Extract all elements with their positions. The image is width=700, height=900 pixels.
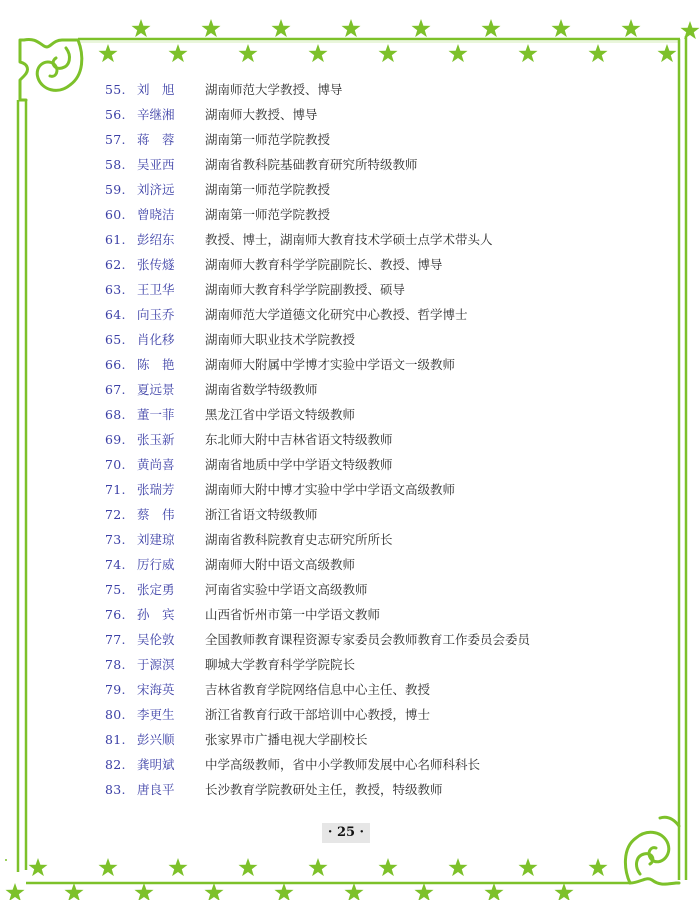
entry-description: 黑龙江省中学语文特级教师: [205, 402, 355, 427]
entry-name: 向玉乔: [137, 302, 205, 327]
list-item: 56.辛继湘湖南师大教授、博导: [105, 102, 665, 127]
entry-description: 湖南师大教授、博导: [205, 102, 318, 127]
list-item: 61.彭绍东教授、博士，湖南师大教育技术学硕士点学术带头人: [105, 227, 665, 252]
bottom-border: [6, 858, 631, 900]
entry-number: 72.: [105, 502, 137, 527]
entry-description: 湖南师大职业技术学院教授: [205, 327, 355, 352]
entry-description: 长沙教育学院教研处主任，教授，特级教师: [205, 777, 443, 802]
entry-number: 68.: [105, 402, 137, 427]
entry-description: 湖南省数学特级教师: [205, 377, 318, 402]
star-icon: [132, 19, 700, 39]
entry-number: 59.: [105, 177, 137, 202]
entry-name: 孙 宾: [137, 602, 205, 627]
entry-name: 厉行威: [137, 552, 205, 577]
entry-number: 78.: [105, 652, 137, 677]
entry-number: 55.: [105, 77, 137, 102]
entry-description: 湖南省地质中学中学语文特级教师: [205, 452, 393, 477]
entry-number: 63.: [105, 277, 137, 302]
entry-description: 湖南省教科院教育史志研究所所长: [205, 527, 393, 552]
list-item: 83.唐良平长沙教育学院教研处主任，教授，特级教师: [105, 777, 665, 802]
list-item: 60.曾晓洁湖南第一师范学院教授: [105, 202, 665, 227]
entry-description: 湖南师大附中博才实验中学中学语文高级教师: [205, 477, 455, 502]
entry-name: 张瑞芳: [137, 477, 205, 502]
entry-number: 60.: [105, 202, 137, 227]
entry-description: 湖南省教科院基础教育研究所特级教师: [205, 152, 418, 177]
entry-name: 董一菲: [137, 402, 205, 427]
scroll-ornament-icon: [625, 817, 679, 884]
list-item: 58.吴亚西湖南省教科院基础教育研究所特级教师: [105, 152, 665, 177]
entry-name: 彭兴顺: [137, 727, 205, 752]
list-item: 78.于源溟聊城大学教育科学学院院长: [105, 652, 665, 677]
entry-name: 龚明斌: [137, 752, 205, 777]
entry-number: 57.: [105, 127, 137, 152]
list-item: 75.张定勇河南省实验中学语文高级教师: [105, 577, 665, 602]
entry-description: 吉林省教育学院网络信息中心主任、教授: [205, 677, 430, 702]
list-item: 69.张玉新东北师大附中吉林省语文特级教师: [105, 427, 665, 452]
star-icon: [99, 44, 677, 62]
list-item: 73.刘建琼湖南省教科院教育史志研究所所长: [105, 527, 665, 552]
entry-description: 河南省实验中学语文高级教师: [205, 577, 368, 602]
list-item: 80.李更生浙江省教育行政干部培训中心教授，博士: [105, 702, 665, 727]
list-item: 64.向玉乔湖南师范大学道德文化研究中心教授、哲学博士: [105, 302, 665, 327]
entry-name: 刘 旭: [137, 77, 205, 102]
entry-name: 吴亚西: [137, 152, 205, 177]
entry-name: 刘建琼: [137, 527, 205, 552]
entry-number: 61.: [105, 227, 137, 252]
entry-name: 刘济远: [137, 177, 205, 202]
entry-description: 湖南师大教育科学学院副教授、硕导: [205, 277, 405, 302]
entry-number: 77.: [105, 627, 137, 652]
entry-number: 67.: [105, 377, 137, 402]
entry-description: 聊城大学教育科学学院院长: [205, 652, 355, 677]
entry-number: 75.: [105, 577, 137, 602]
entry-number: 80.: [105, 702, 137, 727]
list-item: 67.夏远景湖南省数学特级教师: [105, 377, 665, 402]
entry-name: 张玉新: [137, 427, 205, 452]
entry-name: 蒋 蓉: [137, 127, 205, 152]
list-item: 62.张传燧湖南师大教育科学学院副院长、教授、博导: [105, 252, 665, 277]
entry-description: 湖南师大附中语文高级教师: [205, 552, 355, 577]
entry-number: 66.: [105, 352, 137, 377]
entry-description: 浙江省教育行政干部培训中心教授，博士: [205, 702, 430, 727]
entry-name: 宋海英: [137, 677, 205, 702]
top-border: [78, 19, 700, 62]
entry-description: 湖南师范大学道德文化研究中心教授、哲学博士: [205, 302, 468, 327]
list-item: 57.蒋 蓉湖南第一师范学院教授: [105, 127, 665, 152]
list-item: 76.孙 宾山西省忻州市第一中学语文教师: [105, 602, 665, 627]
entry-number: 71.: [105, 477, 137, 502]
entry-name: 张传燧: [137, 252, 205, 277]
entry-description: 教授、博士，湖南师大教育技术学硕士点学术带头人: [205, 227, 493, 252]
entry-description: 东北师大附中吉林省语文特级教师: [205, 427, 393, 452]
entry-name: 张定勇: [137, 577, 205, 602]
entry-description: 中学高级教师，省中小学教师发展中心名师科科长: [205, 752, 480, 777]
star-icon: [6, 883, 574, 900]
list-item: 55.刘 旭湖南师范大学教授、博导: [105, 77, 665, 102]
list-item: 59.刘济远湖南第一师范学院教授: [105, 177, 665, 202]
list-item: 66.陈 艳湖南师大附属中学博才实验中学语文一级教师: [105, 352, 665, 377]
entry-name: 陈 艳: [137, 352, 205, 377]
star-icon: [29, 858, 608, 876]
entry-number: 58.: [105, 152, 137, 177]
entry-number: 56.: [105, 102, 137, 127]
entry-number: 62.: [105, 252, 137, 277]
entry-description: 浙江省语文特级教师: [205, 502, 318, 527]
left-border: [18, 100, 26, 872]
list-item: 65.肖化移湖南师大职业技术学院教授: [105, 327, 665, 352]
speck: [5, 859, 7, 861]
entry-description: 全国教师教育课程资源专家委员会教师教育工作委员会委员: [205, 627, 530, 652]
entry-description: 张家界市广播电视大学副校长: [205, 727, 368, 752]
entry-name: 辛继湘: [137, 102, 205, 127]
entry-name: 于源溟: [137, 652, 205, 677]
list-item: 63.王卫华湖南师大教育科学学院副教授、硕导: [105, 277, 665, 302]
entry-number: 74.: [105, 552, 137, 577]
list-item: 71.张瑞芳湖南师大附中博才实验中学中学语文高级教师: [105, 477, 665, 502]
entry-name: 夏远景: [137, 377, 205, 402]
list-item: 81.彭兴顺张家界市广播电视大学副校长: [105, 727, 665, 752]
entry-description: 湖南第一师范学院教授: [205, 177, 330, 202]
entry-number: 76.: [105, 602, 137, 627]
entry-description: 湖南第一师范学院教授: [205, 127, 330, 152]
entry-number: 64.: [105, 302, 137, 327]
entry-name: 曾晓洁: [137, 202, 205, 227]
entry-number: 69.: [105, 427, 137, 452]
entry-number: 65.: [105, 327, 137, 352]
entry-name: 李更生: [137, 702, 205, 727]
list-item: 82.龚明斌中学高级教师，省中小学教师发展中心名师科科长: [105, 752, 665, 777]
entry-description: 湖南第一师范学院教授: [205, 202, 330, 227]
entry-name: 彭绍东: [137, 227, 205, 252]
list-item: 68.董一菲黑龙江省中学语文特级教师: [105, 402, 665, 427]
entry-number: 79.: [105, 677, 137, 702]
list-item: 74.厉行威湖南师大附中语文高级教师: [105, 552, 665, 577]
entry-name: 黄尚喜: [137, 452, 205, 477]
list-item: 79.宋海英吉林省教育学院网络信息中心主任、教授: [105, 677, 665, 702]
entry-list: 55.刘 旭湖南师范大学教授、博导 56.辛继湘湖南师大教授、博导 57.蒋 蓉…: [105, 77, 665, 802]
entry-name: 蔡 伟: [137, 502, 205, 527]
entry-description: 湖南师大教育科学学院副院长、教授、博导: [205, 252, 443, 277]
entry-number: 73.: [105, 527, 137, 552]
scroll-ornament-icon: [20, 39, 82, 100]
right-border: [679, 36, 686, 880]
page-number: · 25 ·: [322, 823, 370, 843]
entry-description: 湖南师大附属中学博才实验中学语文一级教师: [205, 352, 455, 377]
entry-number: 82.: [105, 752, 137, 777]
entry-name: 肖化移: [137, 327, 205, 352]
entry-description: 山西省忻州市第一中学语文教师: [205, 602, 380, 627]
entry-name: 王卫华: [137, 277, 205, 302]
list-item: 77.吴伦敦全国教师教育课程资源专家委员会教师教育工作委员会委员: [105, 627, 665, 652]
entry-name: 吴伦敦: [137, 627, 205, 652]
entry-description: 湖南师范大学教授、博导: [205, 77, 343, 102]
list-item: 72.蔡 伟浙江省语文特级教师: [105, 502, 665, 527]
list-item: 70.黄尚喜湖南省地质中学中学语文特级教师: [105, 452, 665, 477]
entry-number: 70.: [105, 452, 137, 477]
entry-name: 唐良平: [137, 777, 205, 802]
entry-number: 83.: [105, 777, 137, 802]
entry-number: 81.: [105, 727, 137, 752]
